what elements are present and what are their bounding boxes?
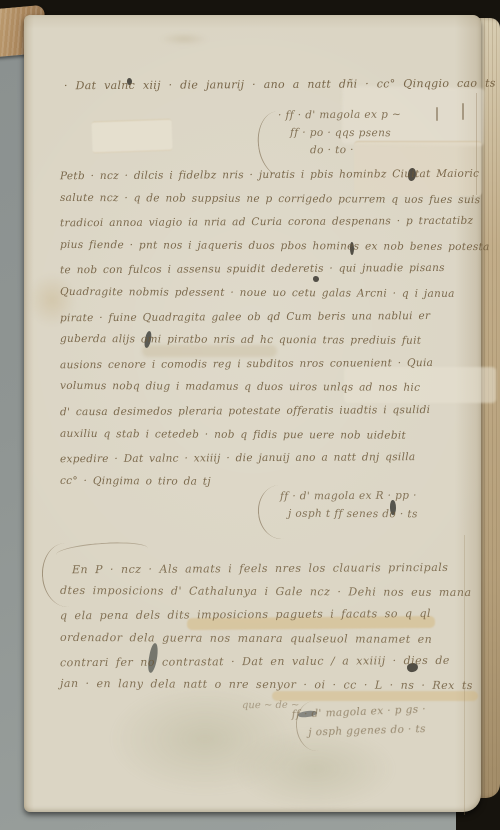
manuscript-text-line: ordenador dela guerra nos manara qualseu… [60,626,470,651]
dateline-text: · Dat valnc xiij · die janurij · ano a n… [58,77,478,93]
manuscript-text-line: pirate · fuine Quadragita galee ob qd Cu… [60,304,480,330]
stain [152,31,216,47]
manuscript-text-line: · ff · d' magola ex p ~ [278,107,401,125]
pen-mark [436,107,438,121]
manuscript-text-line: auxiliu q stab i cetedeb · nob q fidis p… [60,422,480,448]
tape-repair [91,119,172,154]
manuscript-scan: · Dat valnc xiij · die janurij · ano a n… [0,0,500,830]
manuscript-text-line: ff · d' magola ex R · pp · [280,487,418,506]
manuscript-text-line: ff · po · qqs psens [290,124,401,142]
manuscript-text-line: jan · en lany dela natt o nre senyor · o… [60,672,470,697]
manuscript-text-line: · Dat valnc xiij · die janurij · ano a n… [64,76,478,95]
chancery-note-bottom: ff · d' magola ex · p gs ·j osph ggenes … [291,701,427,743]
chancery-note-mid: ff · d' magola ex R · pp ·j osph t ff se… [280,487,418,523]
manuscript-text-line: j osph t ff senes do · ts [288,505,418,524]
manuscript-text-line: pius fiende · pnt nos i jaqueris duos pb… [60,234,480,260]
manuscript-text-line: ausions cenore i comodis reg i subditos … [60,351,480,377]
chancery-note-top: · ff · d' magola ex p ~ff · po · qqs pse… [278,107,401,160]
manuscript-text-line: Quadragite nobmis pdessent · noue uo cet… [60,281,480,307]
manuscript-text-line: salute ncz · q de nob suppsius ne p corr… [60,186,480,212]
manuscript-text-line: do · to · [310,142,401,160]
manuscript-text-line: tradicoi annoa viagio ia nria ad Curia c… [60,210,480,236]
manuscript-text-line: contrari fer no contrastat · Dat en valu… [60,649,470,675]
manuscript-text-line: d' causa desimedos pleraria potestate of… [60,399,480,425]
manuscript-text-line: j osph ggenes do · ts [308,719,427,741]
manuscript-text-line: guberda alijs omi piratbo nris ad hc quo… [60,328,480,354]
catalan-letter-text: En P · ncz · Als amats i feels nres los … [60,557,470,696]
manuscript-text-line: dtes imposicions d' Cathalunya i Gale nc… [60,579,470,604]
latin-letter-text: Petb · ncz · dilcis i fidelbz nris · jur… [60,164,480,494]
manuscript-text-line: En P · ncz · Als amats i feels nres los … [72,556,470,582]
manuscript-text-line: te nob con fulcos i assensu spuidit dede… [60,257,480,283]
pen-mark [462,103,464,120]
manuscript-page: · Dat valnc xiij · die janurij · ano a n… [24,15,481,812]
manuscript-text-line: expedire · Dat valnc · xxiiij · die janu… [60,446,480,472]
manuscript-text-line: Petb · ncz · dilcis i fidelbz nris · jur… [60,163,480,189]
manuscript-text-line: volumus nobq diug i madamus q duos uiros… [60,375,480,401]
manuscript-text-line: q ela pena dels dits imposicions paguets… [60,602,470,628]
